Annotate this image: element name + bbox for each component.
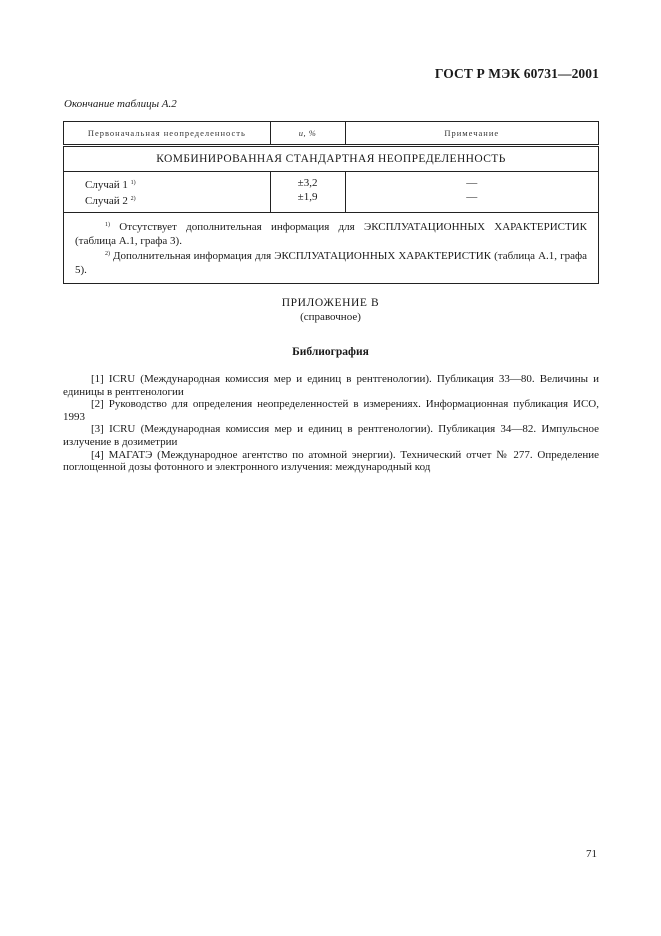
page-number: 71 — [586, 848, 597, 860]
case-1-note: — — [346, 176, 599, 190]
column-header-note: Примечание — [345, 122, 599, 146]
case-1-value: ±3,2 — [271, 176, 345, 190]
case-2-note: — — [346, 190, 599, 204]
bibliography-entry: [1] ICRU (Международная комиссия мер и е… — [63, 373, 599, 398]
appendix-title: ПРИЛОЖЕНИЕ В — [0, 297, 661, 309]
section-title-combined-uncertainty: КОМБИНИРОВАННАЯ СТАНДАРТНАЯ НЕОПРЕДЕЛЕНН… — [64, 146, 599, 172]
footnote-ref-2: 2) — [131, 196, 136, 202]
case-2-value: ±1,9 — [271, 190, 345, 204]
uncertainty-table: Первоначальная неопределенность u, % При… — [63, 121, 599, 284]
footnote-2: 2) Дополнительная информация для ЭКСПЛУА… — [75, 248, 587, 277]
case-1-label: Случай 1 1) — [85, 176, 270, 192]
case-2-label: Случай 2 2) — [85, 192, 270, 208]
column-header-u-percent: u, % — [270, 122, 345, 146]
table-footnotes-row: 1) Отсутствует дополнительная информация… — [64, 213, 599, 284]
bibliography-entry: [4] МАГАТЭ (Международное агентство по а… — [63, 449, 599, 474]
bibliography-entry: [3] ICRU (Международная комиссия мер и е… — [63, 423, 599, 448]
case-notes-cell: — — — [345, 172, 599, 213]
bibliography-heading: Библиография — [0, 346, 661, 358]
table-footnotes-cell: 1) Отсутствует дополнительная информация… — [64, 213, 599, 284]
document-standard-code: ГОСТ Р МЭК 60731—2001 — [435, 66, 599, 82]
bibliography-list: [1] ICRU (Международная комиссия мер и е… — [63, 373, 599, 474]
footnote-1: 1) Отсутствует дополнительная информация… — [75, 219, 587, 248]
case-labels-cell: Случай 1 1) Случай 2 2) — [64, 172, 271, 213]
case-values-cell: ±3,2 ±1,9 — [270, 172, 345, 213]
table-header-row: Первоначальная неопределенность u, % При… — [64, 122, 599, 146]
appendix-subtitle: (справочное) — [0, 311, 661, 323]
bibliography-entry: [2] Руководство для определения неопреде… — [63, 398, 599, 423]
table-caption: Окончание таблицы А.2 — [64, 98, 177, 110]
footnote-ref-1: 1) — [131, 180, 136, 186]
table-section-row: КОМБИНИРОВАННАЯ СТАНДАРТНАЯ НЕОПРЕДЕЛЕНН… — [64, 146, 599, 172]
column-header-initial-uncertainty: Первоначальная неопределенность — [64, 122, 271, 146]
table-row-cases: Случай 1 1) Случай 2 2) ±3,2 ±1,9 — — — [64, 172, 599, 213]
